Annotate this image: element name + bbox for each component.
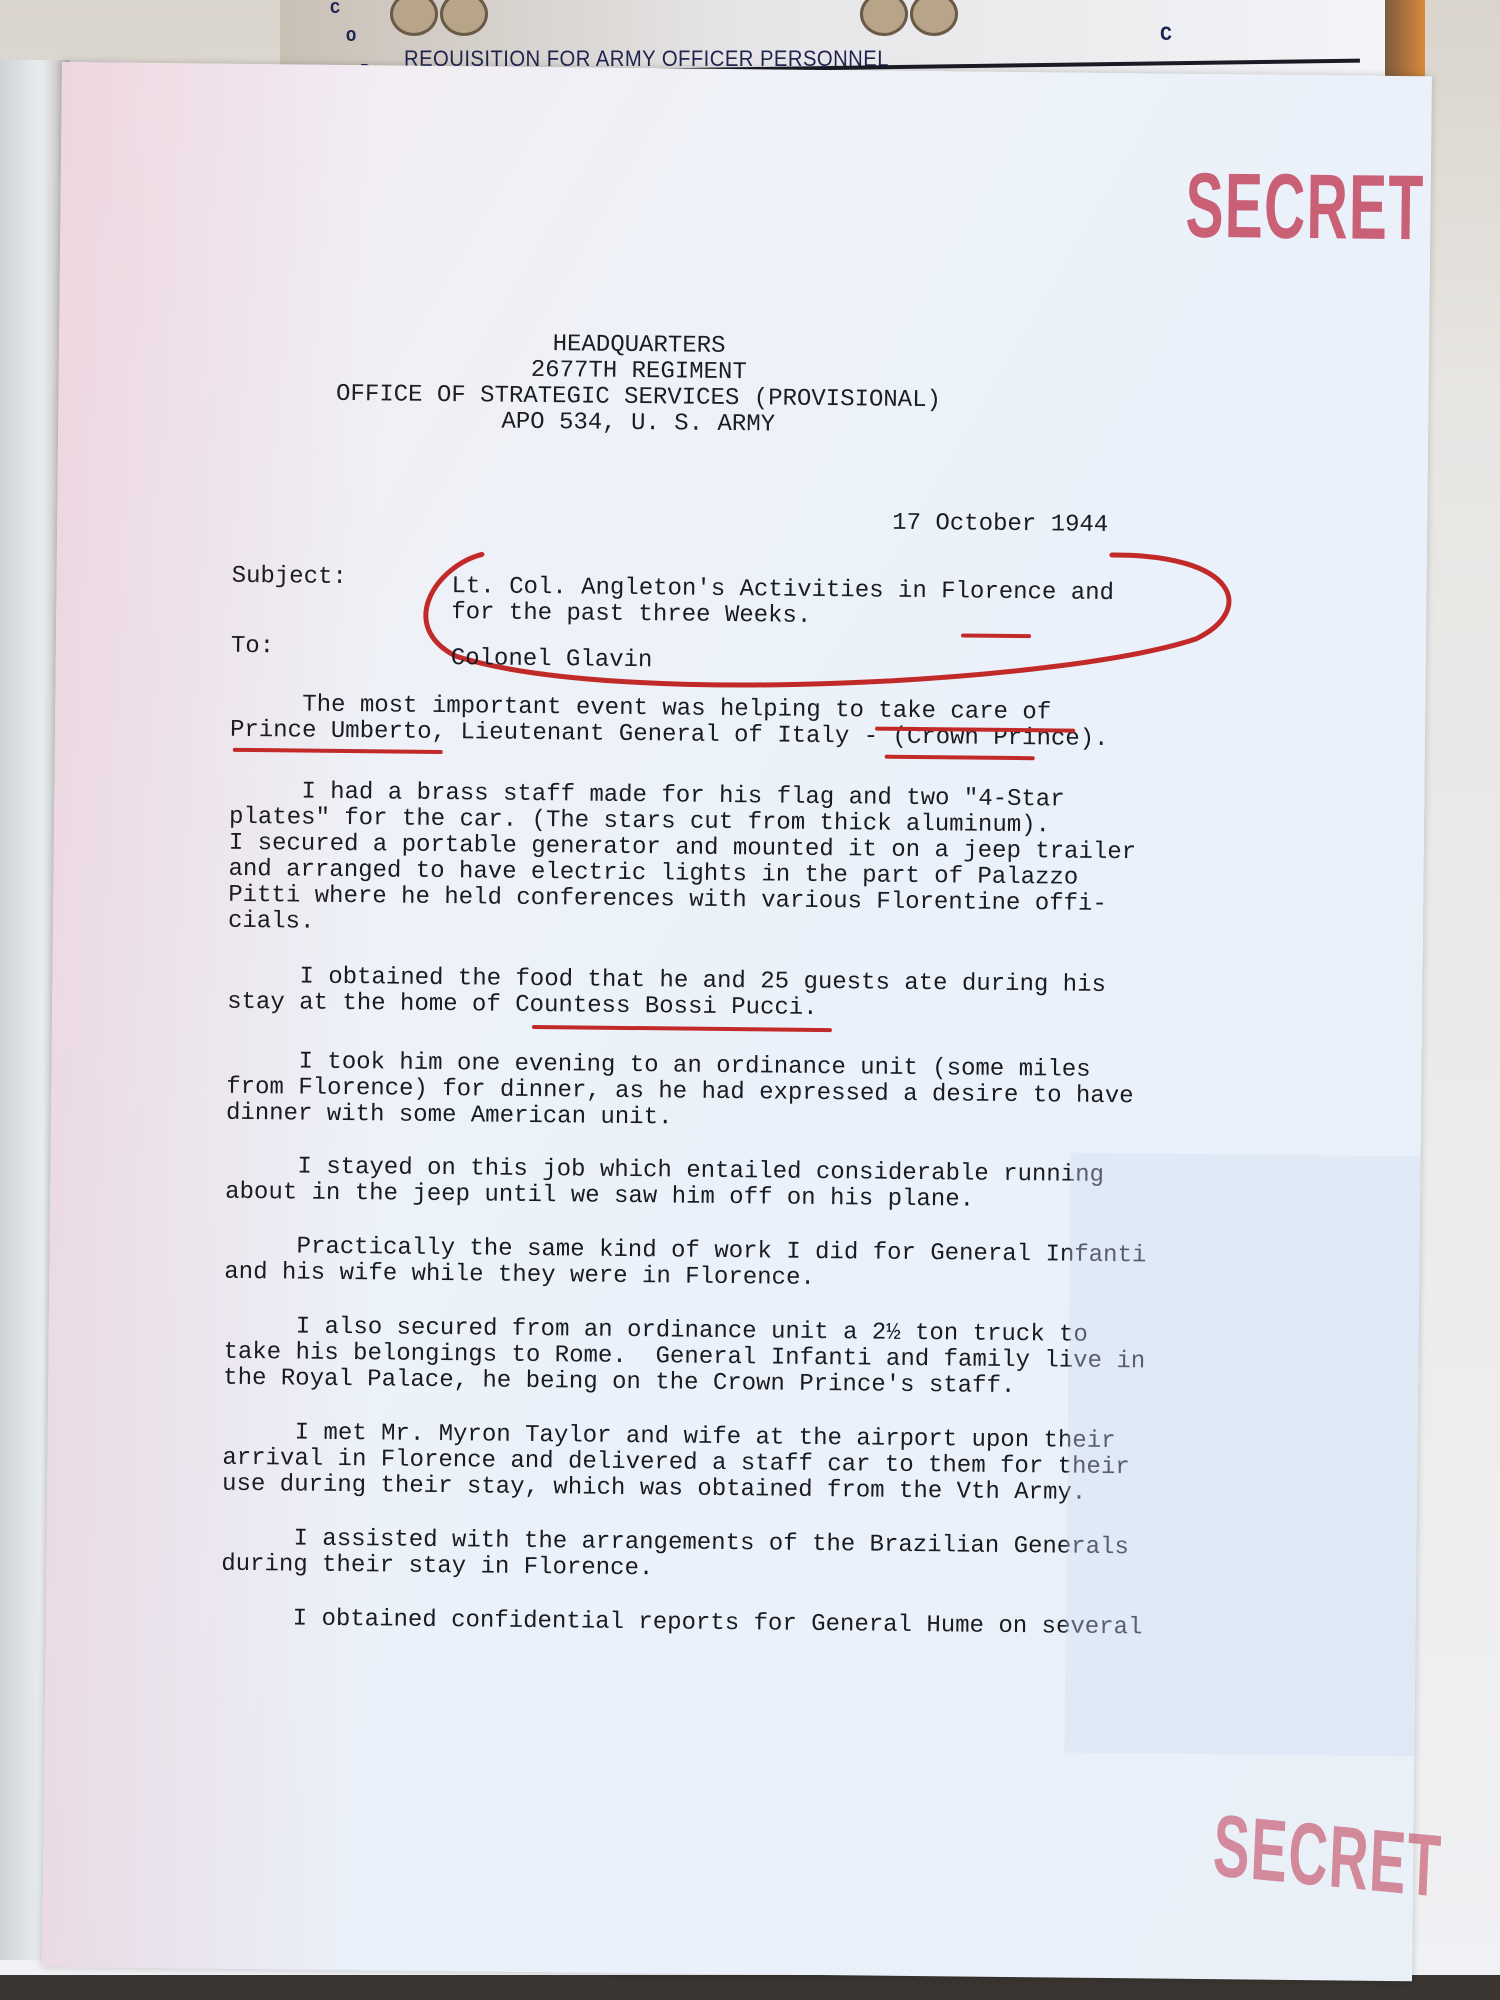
corner-letter: O — [346, 28, 356, 47]
body-line: cials. — [228, 909, 315, 936]
body-line: the Royal Palace, he being on the Crown … — [223, 1366, 1015, 1400]
body-line: and his wife while they were in Florence… — [224, 1260, 815, 1292]
body-line: during their stay in Florence. — [221, 1552, 653, 1583]
red-circle-annotation — [55, 62, 1432, 776]
body-line: stay at the home of Countess Bossi Pucci… — [227, 990, 818, 1022]
to-value: Colonel Glavin — [451, 646, 653, 674]
red-underline-countess — [532, 1025, 832, 1032]
body-line: dinner with some American unit. — [226, 1101, 673, 1132]
to-label: To: — [231, 634, 274, 660]
corner-letter: C — [330, 0, 340, 19]
body-line: about in the jeep until we saw him off o… — [225, 1180, 974, 1214]
red-underline-florence — [961, 633, 1031, 638]
secret-stamp-bottom: SECRET — [1211, 1794, 1444, 1918]
body-line: I obtained confidential reports for Gene… — [221, 1606, 1143, 1642]
form-mark: C — [1160, 24, 1172, 47]
memo-page: SECRET HEADQUARTERS 2677TH REGIMENT OFFI… — [42, 62, 1432, 1981]
